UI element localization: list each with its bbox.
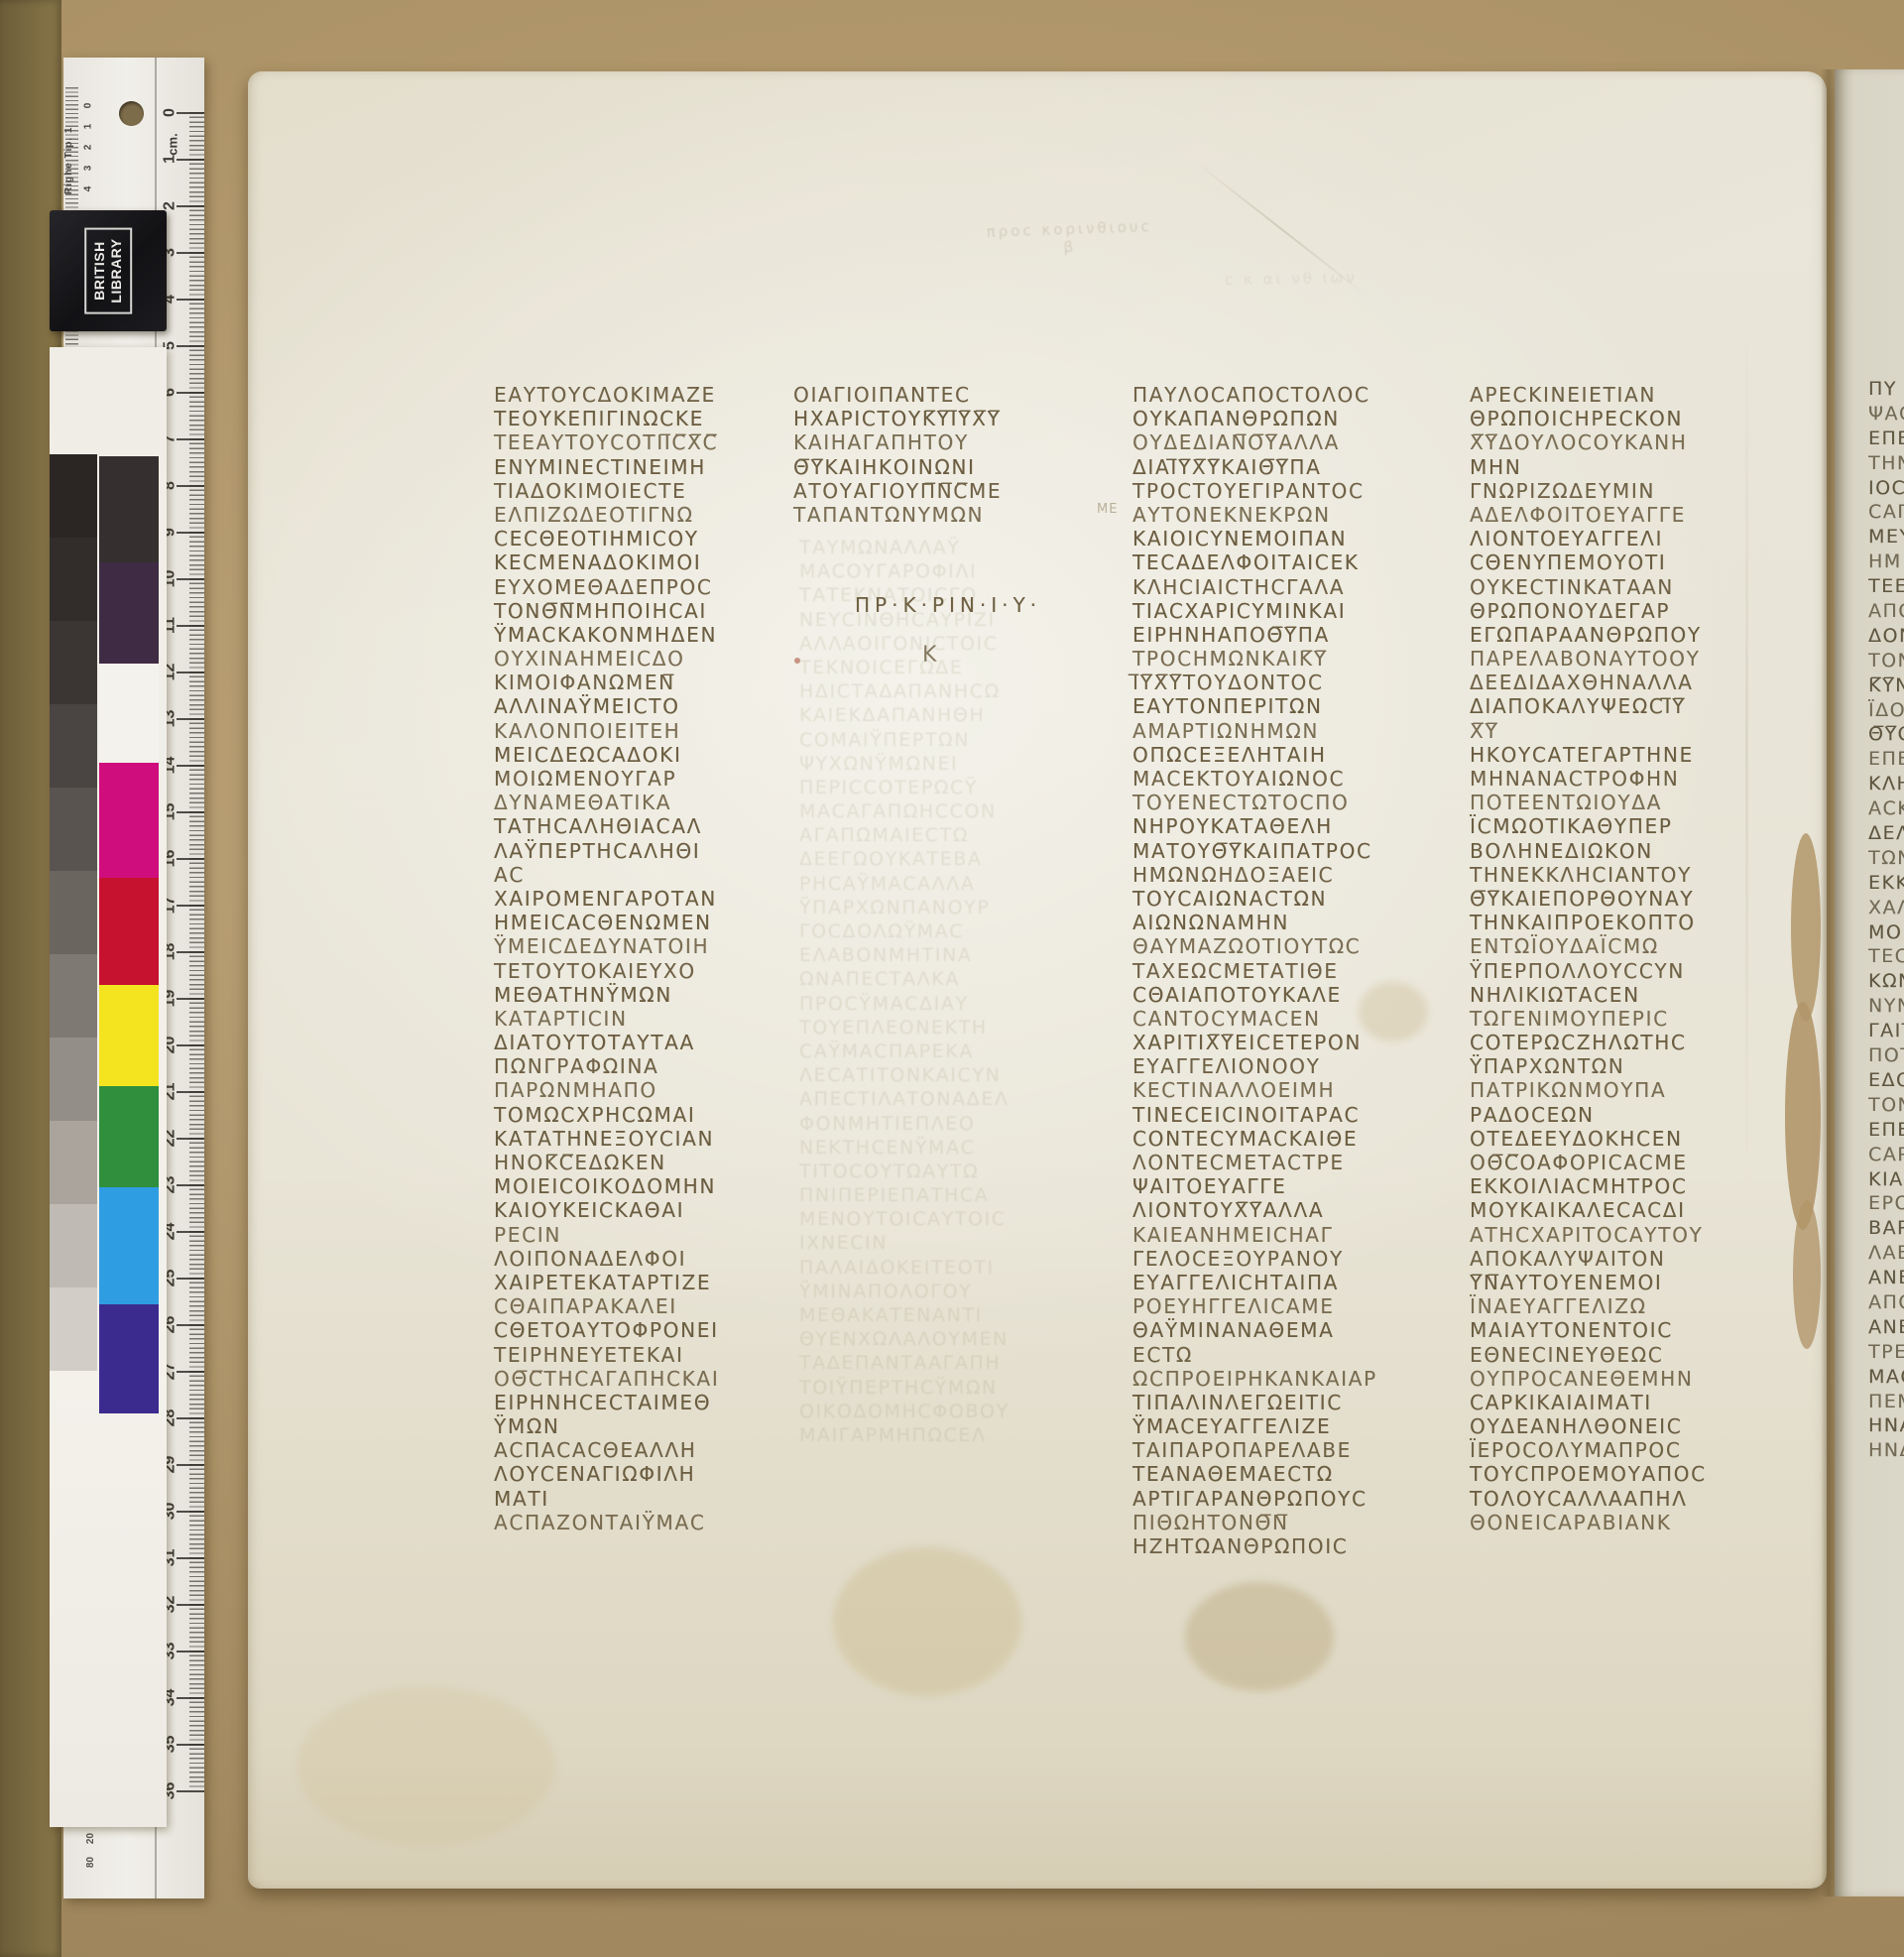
text-line: ΟΥΧΙΝΑΗΜΕΙϹΔΟ bbox=[494, 647, 772, 671]
text-line: ΑϹ bbox=[494, 863, 772, 887]
text-line: ΔΥΝΑΜΕΘΑΤΙΚΑ bbox=[494, 791, 772, 814]
text-line: ΛΙΟΝΤΟΕΥΑΓΓΕΛΙ bbox=[1470, 527, 1747, 550]
manuscript-photo-scene: 0123456789101112131415161718192021222324… bbox=[0, 0, 1904, 1957]
color-patch-column bbox=[99, 456, 159, 1413]
ruler-left-number: 2 bbox=[78, 139, 99, 157]
text-line: ΑϹΠΑϹΑϹΘΕΑΛΛΗ bbox=[494, 1438, 772, 1462]
fragment-line: ΙΟϹ bbox=[1868, 476, 1904, 501]
faint-text-line: ΜΑΙΓΑΡΜΗΠΩϹΕΛ bbox=[799, 1423, 1077, 1447]
text-line: ΑΠΟΚΑΛΥΨΑΙΤΟΝ bbox=[1470, 1247, 1747, 1271]
text-line: ΫΜΕΙϹΔΕΔΥΝΑΤΟΙΗ bbox=[494, 934, 772, 958]
text-line: ΔΙΑΠΟΚΑΛΥΨΕΩϹΙ̅Υ̅ bbox=[1470, 694, 1747, 718]
text-line: ϹΑΡΚΙΚΑΙΑΙΜΑΤΙ bbox=[1470, 1391, 1747, 1414]
fragment-line: ΤΗΝ bbox=[1868, 451, 1904, 476]
fragment-line: ΕΠΕ bbox=[1868, 427, 1904, 451]
gray-step-patch bbox=[50, 954, 97, 1038]
text-line: ΠΑΡΩΝΜΗΑΠΟ bbox=[494, 1078, 772, 1102]
text-line: ΓΝΩΡΙΖΩΔΕΥΜΙΝ bbox=[1470, 479, 1747, 503]
faint-text-line: ΚΑΙΕΚΔΑΠΑΝΗΘΗ bbox=[799, 703, 1077, 727]
text-line: Χ̅Υ̅ΔΟΥΛΟϹΟΥΚΑΝΗ bbox=[1470, 430, 1747, 454]
text-line: ΗΖΗΤΩΑΝΘΡΩΠΟΙϹ bbox=[1132, 1534, 1410, 1558]
text-line: ΤΟΥϹΠΡΟΕΜΟΥΑΠΟϹ bbox=[1470, 1462, 1747, 1486]
text-line: ΚΑΤΑΤΗΝΕΞΟΥϹΙΑΝ bbox=[494, 1127, 772, 1151]
text-line: ϹΘΕΤΟΑΥΤΟΦΡΟΝΕΙ bbox=[494, 1318, 772, 1342]
text-column-4: ΑΡΕϹΚΙΝΕΙΕΤΙΑΝΘΡΩΠΟΙϹΗΡΕϹΚΟΝΧ̅Υ̅ΔΟΥΛΟϹΟΥ… bbox=[1470, 383, 1747, 1534]
ruler-left-number: 3 bbox=[78, 160, 99, 178]
text-line: ΒΟΛΗΝΕΔΙΩΚΟΝ bbox=[1470, 839, 1747, 863]
text-line: ΟΤΕΔΕΕΥΔΟΚΗϹΕΝ bbox=[1470, 1127, 1747, 1151]
text-line: ΤΩΓΕΝΙΜΟΥΠΕΡΙϹ bbox=[1470, 1007, 1747, 1031]
text-line: ΛΟΙΠΟΝΑΔΕΛΦΟΙ bbox=[494, 1247, 772, 1271]
faint-text-line: ΠΑΛΑΙΔΟΚΕΙΤΕΟΤΙ bbox=[799, 1256, 1077, 1280]
text-line: ΛΑΫΠΕΡΤΗϹΑΛΗΘΙ bbox=[494, 839, 772, 863]
text-line: ΜΕΘΑΤΗΝΫΜΩΝ bbox=[494, 983, 772, 1007]
ruler-bottom-code-bottom: 80 bbox=[85, 1857, 96, 1868]
color-patch-aubergine bbox=[99, 562, 159, 664]
fragment-line: ΕΠΕΙΤ bbox=[1868, 1118, 1904, 1143]
text-line: ΠΑΤΡΙΚΩΝΜΟΥΠΑ bbox=[1470, 1078, 1747, 1102]
text-line: ΔΙΑΤΟΥΤΟΤΑΥΤΑΑ bbox=[494, 1031, 772, 1054]
fragment-line: ΑϹΚ bbox=[1868, 796, 1904, 821]
text-line: ΛΙΟΝΤΟΥΧ̅Υ̅ΑΛΛΑ bbox=[1132, 1198, 1410, 1222]
gray-step-patch bbox=[50, 1204, 97, 1287]
text-line: ΫΜΩΝ bbox=[494, 1414, 772, 1438]
faint-text-line: ΝΕΚΤΗϹΕΝΫΜΑϹ bbox=[799, 1136, 1077, 1160]
fragment-line: ΔΟΝ bbox=[1868, 624, 1904, 649]
text-line: ΕΙΡΗΝΗϹΕϹΤΑΙΜΕΘ bbox=[494, 1391, 772, 1414]
gray-scale-column bbox=[50, 454, 97, 1371]
text-line: Ι̅Υ̅Χ̅Υ̅ΤΟΥΔΟΝΤΟϹ bbox=[1132, 671, 1410, 694]
faint-text-line: ΗΔΙϹΤΑΔΑΠΑΝΗϹΩ bbox=[799, 679, 1077, 703]
page-stain bbox=[833, 1547, 1021, 1696]
text-line: ΑΜΑΡΤΙΩΝΗΜΩΝ bbox=[1132, 719, 1410, 743]
text-line: ΪϹΜΩΟΤΙΚΑΘΥΠΕΡ bbox=[1470, 814, 1747, 838]
faint-text-line: ΜΕΝΟΥΤΟΙϹΑΥΤΟΙϹ bbox=[799, 1207, 1077, 1231]
gray-step-patch bbox=[50, 1121, 97, 1204]
british-library-tab: BRITISH LIBRARY bbox=[50, 210, 167, 331]
text-line: ΤΕϹΑΔΕΛΦΟΙΤΑΙϹΕΚ bbox=[1132, 550, 1410, 574]
page-torn-edge bbox=[1793, 1200, 1821, 1349]
fragment-line: ΤΟΝΕ bbox=[1868, 1093, 1904, 1118]
marginal-section-numeral: ΜΕ bbox=[1097, 502, 1118, 517]
fragment-line: ΧΑΛ bbox=[1868, 896, 1904, 920]
page-stain bbox=[297, 1686, 555, 1845]
text-line: ΜΟΙΕΙϹΟΙΚΟΔΟΜΗΝ bbox=[494, 1174, 772, 1198]
faint-text-line: ΨΥΧΩΝΫΜΩΝΕΙ bbox=[799, 752, 1077, 776]
fragment-line: ΠΟΤ bbox=[1868, 1043, 1904, 1068]
bleed-through-faint-lines: ΤΑΥΜΩΝΑΛΛΑΫΜΑϹΟΥΓΑΡΟΦΙΛΙΤΑΤΕΚΝΑΤΟΙϹΓΟΝΕΥ… bbox=[799, 536, 1077, 1447]
text-line: ΤΕΙΡΗΝΕΥΕΤΕΚΑΙ bbox=[494, 1343, 772, 1367]
faint-text-line: ΠΡΟϹΫΜΑϹΔΙΑΥ bbox=[799, 992, 1077, 1016]
text-line: ΑΡΤΙΓΑΡΑΝΘΡΩΠΟΥϹ bbox=[1132, 1487, 1410, 1511]
text-line: ΚΑΙΕΑΝΗΜΕΙϹΗΑΓ bbox=[1132, 1223, 1410, 1247]
faint-text-line: ΤΑΔΕΠΑΝΤΑΑΓΑΠΗ bbox=[799, 1351, 1077, 1375]
text-line: ΚΑΤΑΡΤΙϹΙΝ bbox=[494, 1007, 772, 1031]
faint-text-line: ΩΝΑΠΕϹΤΑΛΚΑ bbox=[799, 967, 1077, 991]
gray-step-patch bbox=[50, 788, 97, 871]
text-line: ΕΑΥΤΟΥϹΔΟΚΙΜΑΖΕ bbox=[494, 383, 772, 407]
fragment-line: ΓΑΙΤ bbox=[1868, 1019, 1904, 1043]
text-line: ΨΑΙΤΟΕΥΑΓΓΕ bbox=[1132, 1174, 1410, 1198]
text-line: ΤΗΝΚΑΙΠΡΟΕΚΟΠΤΟ bbox=[1470, 911, 1747, 934]
text-line: ΤΙΑϹΧΑΡΙϹΥΜΙΝΚΑΙ bbox=[1132, 599, 1410, 623]
text-line: ΕΓΩΠΑΡΑΑΝΘΡΩΠΟΥ bbox=[1470, 623, 1747, 647]
text-line: ΟΙΑΓΙΟΙΠΑΝΤΕϹ bbox=[793, 383, 1071, 407]
faint-text-line: ΫΠΑΡΧΩΝΠΑΝΟΥΡ bbox=[799, 896, 1077, 919]
text-line: ϹΕϹΘΕΟΤΙΗΜΙϹΟΥ bbox=[494, 527, 772, 550]
text-line: ΔΙΑΙ̅Υ̅Χ̅Υ̅ΚΑΙΘ̅Υ̅ΠΑ bbox=[1132, 455, 1410, 479]
gray-step-patch bbox=[50, 454, 97, 538]
faint-inscription-2: ϲ κ αι νθ ιων bbox=[1225, 269, 1358, 289]
fragment-line: ΜΕΥ bbox=[1868, 525, 1904, 550]
gray-step-patch bbox=[50, 538, 97, 621]
fragment-line: ΑΠΟΙϹ bbox=[1868, 1290, 1904, 1315]
fragment-line: ΚΙΑΙΑ bbox=[1868, 1167, 1904, 1192]
faint-text-line: ΘΥΕΝΧΩΛΑΛΟΥΜΕΝ bbox=[799, 1327, 1077, 1351]
text-line: ΗΜΩΝΩΗΔΟΞΑΕΙϹ bbox=[1132, 863, 1410, 887]
text-line: ΛΟΥϹΕΝΑΓΙΩΦΙΛΗ bbox=[494, 1462, 772, 1486]
text-line: ΤΟΥϹΑΙΩΝΑϹΤΩΝ bbox=[1132, 887, 1410, 911]
text-line: ΜΗΝΑΝΑϹΤΡΟΦΗΝ bbox=[1470, 767, 1747, 791]
ruler-cm-number: 0 bbox=[147, 100, 193, 126]
text-line: ΕΛΠΙΖΩΔΕΟΤΙΓΝΩ bbox=[494, 503, 772, 527]
fragment-line: ΜΟ bbox=[1868, 920, 1904, 945]
fragment-line: ΤΕΕ bbox=[1868, 574, 1904, 599]
text-line: ΚΑΙΟΙϹΥΝΕΜΟΙΠΑΝ bbox=[1132, 527, 1410, 550]
text-line: ΟΥΚΕϹΤΙΝΚΑΤΑΑΝ bbox=[1470, 575, 1747, 599]
fragment-line: ΑΝΕΘ bbox=[1868, 1315, 1904, 1340]
subscription-pros-korinthious: ΠΡ·Κ·ΡΙΝ·Ι·Υ· bbox=[855, 593, 1041, 617]
text-line: ΧΑΙΡΟΜΕΝΓΑΡΟΤΑΝ bbox=[494, 887, 772, 911]
text-line: ΜΑΤΟΥΘ̅Υ̅ΚΑΙΠΑΤΡΟϹ bbox=[1132, 839, 1410, 863]
text-line: ΑΥΤΟΝΕΚΝΕΚΡΩΝ bbox=[1132, 503, 1410, 527]
color-patch-yellow bbox=[99, 985, 159, 1086]
fragment-line: ΤΩΝ bbox=[1868, 846, 1904, 871]
text-line: ΚΑΛΟΝΠΟΙΕΙΤΕΗ bbox=[494, 719, 772, 743]
fragment-line: ΚΛΗ bbox=[1868, 772, 1904, 796]
fragment-line: ΕΡΟϹ bbox=[1868, 1191, 1904, 1216]
text-line: ΚΕϹΤΙΝΑΛΛΟΕΙΜΗ bbox=[1132, 1078, 1410, 1102]
text-line: ΫΠΑΡΧΩΝΤΩΝ bbox=[1470, 1054, 1747, 1078]
text-line: ΑΤΟΥΑΓΙΟΥΠ̅Ν̅Ϲ̅ΜΕ bbox=[793, 479, 1071, 503]
text-line: ϹΑΝΤΟϹΥΜΑϹΕΝ bbox=[1132, 1007, 1410, 1031]
color-patch-blue bbox=[99, 1187, 159, 1304]
text-line: ΘΡΩΠΟΝΟΥΔΕΓΑΡ bbox=[1470, 599, 1747, 623]
text-line: ΕϹΤΩ bbox=[1132, 1343, 1410, 1367]
faint-text-line: ΕΛΑΒΟΝΜΗΤΙΝΑ bbox=[799, 943, 1077, 967]
faint-text-line: ΜΑϹΟΥΓΑΡΟΦΙΛΙ bbox=[799, 559, 1077, 583]
text-line: ΜΑϹΕΚΤΟΥΑΙΩΝΟϹ bbox=[1132, 767, 1410, 791]
gray-step-patch bbox=[50, 621, 97, 704]
fragment-line: ΗΝΑΟ bbox=[1868, 1413, 1904, 1438]
text-line: ΟΥΚΑΠΑΝΘΡΩΠΩΝ bbox=[1132, 407, 1410, 430]
ruler-side-label: Righe Tip. 1 bbox=[63, 85, 74, 194]
color-patch-green bbox=[99, 1086, 159, 1187]
brand-line-2: LIBRARY bbox=[108, 238, 124, 303]
faint-text-line: ΤΟΙΫΠΕΡΤΗϹΫΜΩΝ bbox=[799, 1376, 1077, 1400]
gray-step-patch bbox=[50, 1038, 97, 1121]
faint-text-line: ΙΧΝΕϹΙΝ bbox=[799, 1231, 1077, 1255]
fragment-line: ΑΝΕΒ bbox=[1868, 1266, 1904, 1290]
text-line: ΠΩΝΓΡΑΦΩΙΝΑ bbox=[494, 1054, 772, 1078]
color-patch-white bbox=[99, 664, 159, 763]
text-line: ΕΥΧΟΜΕΘΑΔΕΠΡΟϹ bbox=[494, 575, 772, 599]
text-column-3: ΠΑΥΛΟϹΑΠΟϹΤΟΛΟϹΟΥΚΑΠΑΝΘΡΩΠΩΝΟΥΔΕΔΙΑΝ̅Ο̅Υ… bbox=[1132, 383, 1410, 1558]
fragment-line: ϹΑΠ bbox=[1868, 500, 1904, 525]
text-line: ΤΗΝΕΚΚΛΗϹΙΑΝΤΟΥ bbox=[1470, 863, 1747, 887]
text-line: ΤΡΟϹΤΟΥΕΓΙΡΑΝΤΟϹ bbox=[1132, 479, 1410, 503]
ruler-left-number: 1 bbox=[78, 118, 99, 136]
fragment-line: ΝΥΝ bbox=[1868, 994, 1904, 1019]
fragment-line: ΕΚΚ bbox=[1868, 871, 1904, 896]
text-line: ΪΝΑΕΥΑΓΓΕΛΙΖΩ bbox=[1470, 1294, 1747, 1318]
text-line: ΕΘΝΕϹΙΝΕΥΘΕΩϹ bbox=[1470, 1343, 1747, 1367]
faint-text-line: ΤΟΥΕΠΛΕΟΝΕΚΤΗ bbox=[799, 1016, 1077, 1040]
fragment-line: ΔΕΛ bbox=[1868, 821, 1904, 846]
ruler-hang-hole bbox=[119, 101, 144, 126]
text-line: ΔΕΕΔΙΔΑΧΘΗΝΑΛΛΑ bbox=[1470, 671, 1747, 694]
ruler-left-numbers-top: 01234 bbox=[79, 95, 97, 199]
fragment-line: ΤΡΕΧΩ bbox=[1868, 1340, 1904, 1365]
text-line: ΡΑΔΟϹΕΩΝ bbox=[1470, 1103, 1747, 1127]
text-line: ΫΜΑϹΚΑΚΟΝΜΗΔΕΝ bbox=[494, 623, 772, 647]
text-line: ΑΙΩΝΩΝΑΜΗΝ bbox=[1132, 911, 1410, 934]
text-line: ΘΡΩΠΟΙϹΗΡΕϹΚΟΝ bbox=[1470, 407, 1747, 430]
text-line: ϹΘΑΙΑΠΟΤΟΥΚΑΛΕ bbox=[1132, 983, 1410, 1007]
fragment-line: ΤΕϹ bbox=[1868, 944, 1904, 969]
faint-text-line: ΔΕΕΓΩΟΥΚΑΤΕΒΑ bbox=[799, 847, 1077, 871]
fragment-line: ΒΑΡΝΑ bbox=[1868, 1216, 1904, 1241]
text-line: ΑΤΗϹΧΑΡΙΤΟϹΑΥΤΟΥ bbox=[1470, 1223, 1747, 1247]
fragment-line: ΗΝΔΕ bbox=[1868, 1438, 1904, 1463]
text-line: ΑΔΕΛΦΟΙΤΟΕΥΑΓΓΕ bbox=[1470, 503, 1747, 527]
faint-text-line: ΛΕϹΑΤΙΤΟΝΚΑΙϹΥΝ bbox=[799, 1063, 1077, 1087]
text-line: ΟΠΩϹΕΞΕΛΗΤΑΙΗ bbox=[1132, 743, 1410, 767]
text-line: ΤΑΤΗϹΑΛΗΘΙΑϹΑΛ bbox=[494, 814, 772, 838]
text-line: ΫΠΕΡΠΟΛΛΟΥϹϹΥΝ bbox=[1470, 959, 1747, 983]
fragment-line: ΛΑΒΩ bbox=[1868, 1241, 1904, 1266]
text-line: ΠΟΤΕΕΝΤΩΙΟΥΔΑ bbox=[1470, 791, 1747, 814]
faint-text-line: ΑΓΑΠΩΜΑΙΕϹΤΩ bbox=[799, 823, 1077, 847]
color-patch-magenta bbox=[99, 763, 159, 878]
text-line: ΚΙΜΟΙΦΑΝΩΜΕΝ̅ bbox=[494, 671, 772, 694]
next-leaf-text-fragments: ΠΥΨΑϹΕΠΕΤΗΝΙΟϹϹΑΠΜΕΥΗΜΤΕΕΑΠΟΔΟΝΤΟΝΚ̅Υ̅ΝΪ… bbox=[1868, 377, 1904, 1463]
fragment-line: ΕΔΟΞ bbox=[1868, 1068, 1904, 1093]
gray-step-patch bbox=[50, 704, 97, 788]
text-line: ΡΟΕΥΗΓΓΕΛΙϹΑΜΕ bbox=[1132, 1294, 1410, 1318]
fragment-line: ΠΥ bbox=[1868, 377, 1904, 402]
fragment-line: Κ̅Υ̅Ν bbox=[1868, 673, 1904, 698]
text-line: ΤΟΛΟΥϹΑΛΛΑΑΠΗΛ bbox=[1470, 1487, 1747, 1511]
text-line: ΠΙΘΩΗΤΟΝΘ̅Ν̅ bbox=[1132, 1511, 1410, 1534]
faint-text-line: ΫΜΙΝΑΠΟΛΟΓΟΥ bbox=[799, 1280, 1077, 1303]
text-line: ΚΑΙΟΥΚΕΙϹΚΑΘΑΙ bbox=[494, 1198, 772, 1222]
text-line: ΤΟΥΕΝΕϹΤΩΤΟϹΠΟ bbox=[1132, 791, 1410, 814]
text-line: ΜΟΥΚΑΙΚΑΛΕϹΑϹΔΙ bbox=[1470, 1198, 1747, 1222]
text-line: Χ̅Υ̅ bbox=[1470, 719, 1747, 743]
text-line: ΟΥΔΕΔΙΑΝ̅Ο̅Υ̅ΑΛΛΑ bbox=[1132, 430, 1410, 454]
fragment-line: ΗΜ bbox=[1868, 550, 1904, 574]
text-line: ΕΝΤΩΪΟΥΔΑΪϹΜΩ bbox=[1470, 934, 1747, 958]
text-line: ΚΛΗϹΙΑΙϹΤΗϹΓΑΛΑ bbox=[1132, 575, 1410, 599]
faint-text-line: ΤΕΚΝΟΙϹΕΓΩΔΕ bbox=[799, 656, 1077, 679]
ruler-left-number: 0 bbox=[78, 97, 99, 115]
text-line: ΩϹΠΡΟΕΙΡΗΚΑΝΚΑΙΑΡ bbox=[1132, 1367, 1410, 1391]
faint-text-line: ΤΑΥΜΩΝΑΛΛΑΫ bbox=[799, 536, 1077, 559]
text-line: ΘΑΥΜΑΖΩΟΤΙΟΥΤΩϹ bbox=[1132, 934, 1410, 958]
fragment-line: ΚΩΝ bbox=[1868, 969, 1904, 994]
faint-text-line: ΠΝΙΠΕΡΙΕΠΑΤΗϹΑ bbox=[799, 1183, 1077, 1207]
text-line: Θ̅Υ̅ΚΑΙΗΚΟΙΝΩΝΙ bbox=[793, 455, 1071, 479]
text-line: ΕΥΑΓΓΕΛΙϹΗΤΑΙΠΑ bbox=[1132, 1271, 1410, 1294]
text-line: ΜΑΙΑΥΤΟΝΕΝΤΟΙϹ bbox=[1470, 1318, 1747, 1342]
text-line: ΜΟΙΩΜΕΝΟΥΓΑΡ bbox=[494, 767, 772, 791]
page-torn-edge bbox=[1785, 1002, 1821, 1230]
text-line: ΤΕΟΥΚΕΠΙΓΙΝΩϹΚΕ bbox=[494, 407, 772, 430]
text-line: ΟΥΔΕΑΝΗΛΘΟΝΕΙϹ bbox=[1470, 1414, 1747, 1438]
fragment-line: ΜΑΟΥ bbox=[1868, 1365, 1904, 1390]
text-line: ΗΚΟΥϹΑΤΕΓΑΡΤΗΝΕ bbox=[1470, 743, 1747, 767]
text-line: ΤΑΙΠΑΡΟΠΑΡΕΛΑΒΕ bbox=[1132, 1438, 1410, 1462]
text-column-2: ΟΙΑΓΙΟΙΠΑΝΤΕϹΗΧΑΡΙϹΤΟΥΚ̅Υ̅Ι̅Υ̅Χ̅Υ̅ΚΑΙΗΑΓ… bbox=[793, 383, 1071, 527]
text-line: ΑΡΕϹΚΙΝΕΙΕΤΙΑΝ bbox=[1470, 383, 1747, 407]
faint-text-line: ΑΛΛΑΟΙΓΟΝΙϹΤΟΙϹ bbox=[799, 632, 1077, 656]
page-torn-edge bbox=[1791, 833, 1821, 1022]
text-line: ΓΕΛΟϹΕΞΟΥΡΑΝΟΥ bbox=[1132, 1247, 1410, 1271]
color-patch-indigo bbox=[99, 1304, 159, 1413]
text-line: ΑΛΛΙΝΑΫΜΕΙϹΤΟ bbox=[494, 694, 772, 718]
fragment-line: ΕΠΕ bbox=[1868, 747, 1904, 772]
text-line: ΤΑΧΕΩϹΜΕΤΑΤΙΘΕ bbox=[1132, 959, 1410, 983]
text-line: ΗΜΕΙϹΑϹΘΕΝΩΜΕΝ bbox=[494, 911, 772, 934]
text-line: ϹΘΕΝΥΠΕΜΟΥΟΤΙ bbox=[1470, 550, 1747, 574]
text-line: ΚΕϹΜΕΝΑΔΟΚΙΜΟΙ bbox=[494, 550, 772, 574]
fragment-line: ΑΠΟ bbox=[1868, 599, 1904, 624]
text-line: ΤΑΠΑΝΤΩΝΥΜΩΝ bbox=[793, 503, 1071, 527]
text-line: ΤΕΑΝΑΘΕΜΑΕϹΤΩ bbox=[1132, 1462, 1410, 1486]
text-line: ΘΑΫΜΙΝΑΝΑΘΕΜΑ bbox=[1132, 1318, 1410, 1342]
text-line: ΠΑΥΛΟϹΑΠΟϹΤΟΛΟϹ bbox=[1132, 383, 1410, 407]
ruler-left-number: 4 bbox=[78, 181, 99, 198]
gray-step-patch bbox=[50, 871, 97, 954]
text-line: ΟΘ̅Ϲ̅ΟΑΦΟΡΙϹΑϹΜΕ bbox=[1470, 1151, 1747, 1174]
faint-text-line: ΠΕΡΙϹϹΟΤΕΡΩϹΫ bbox=[799, 776, 1077, 799]
text-line: ΤΕΤΟΥΤΟΚΑΙΕΥΧΟ bbox=[494, 959, 772, 983]
color-patch-red bbox=[99, 878, 159, 985]
text-line: ΝΗΛΙΚΙΩΤΑϹΕΝ bbox=[1470, 983, 1747, 1007]
text-line: ΤΟΝΘ̅Ν̅ΜΗΠΟΙΗϹΑΙ bbox=[494, 599, 772, 623]
text-line: ΠΑΡΕΛΑΒΟΝΑΥΤΟΟΥ bbox=[1470, 647, 1747, 671]
faint-text-line: ϹΑΫΜΑϹΠΑΡΕΚΑ bbox=[799, 1040, 1077, 1063]
text-line: ΫΜΑϹΕΥΑΓΓΕΛΙΖΕ bbox=[1132, 1414, 1410, 1438]
text-line: ΤΙΑΔΟΚΙΜΟΙΕϹΤΕ bbox=[494, 479, 772, 503]
faint-text-line: ΡΗϹΑΫΜΑϹΑΛΛΑ bbox=[799, 872, 1077, 896]
text-line: Υ̅Ν̅ΑΥΤΟΥΕΝΕΜΟΙ bbox=[1470, 1271, 1747, 1294]
text-line: ΗΝΟΚ̅Ϲ̅ΕΔΩΚΕΝ bbox=[494, 1151, 772, 1174]
text-line: ΕΙΡΗΝΗΑΠΟΘ̅Υ̅ΠΑ bbox=[1132, 623, 1410, 647]
text-line: ΗΧΑΡΙϹΤΟΥΚ̅Υ̅Ι̅Υ̅Χ̅Υ̅ bbox=[793, 407, 1071, 430]
faint-text-line: ΦΟΝΜΗΤΙΕΠΛΕΟ bbox=[799, 1112, 1077, 1136]
color-patch-charcoal bbox=[99, 456, 159, 562]
fragment-line: ΤΟΝ bbox=[1868, 649, 1904, 673]
text-line: ΤΙΝΕϹΕΙϹΙΝΟΙΤΑΡΑϹ bbox=[1132, 1103, 1410, 1127]
brand-line-1: BRITISH bbox=[91, 241, 107, 301]
text-line: ΟΘ̅Ϲ̅ΤΗϹΑΓΑΠΗϹΚΑΙ bbox=[494, 1367, 772, 1391]
fragment-line: ΪΔΟΥ bbox=[1868, 698, 1904, 723]
faint-text-line: ΓΟϹΔΟΛΩΫΜΑϹ bbox=[799, 919, 1077, 943]
text-line: ϹΟΝΤΕϹΥΜΑϹΚΑΙΘΕ bbox=[1132, 1127, 1410, 1151]
text-line: ΛΟΝΤΕϹΜΕΤΑϹΤΡΕ bbox=[1132, 1151, 1410, 1174]
text-line: ΧΑΙΡΕΤΕΚΑΤΑΡΤΙΖΕ bbox=[494, 1271, 772, 1294]
gray-step-patch bbox=[50, 1287, 97, 1371]
text-line: ΡΕϹΙΝ bbox=[494, 1223, 772, 1247]
page-stain bbox=[1185, 1582, 1334, 1691]
ruler-bottom-code-top: 20 bbox=[85, 1833, 96, 1844]
text-line: ϹΟΤΕΡΩϹΖΗΛΩΤΗϹ bbox=[1470, 1031, 1747, 1054]
text-line: ΚΑΙΗΑΓΑΠΗΤΟΥ bbox=[793, 430, 1071, 454]
fragment-line: ΠΕΜΟ bbox=[1868, 1390, 1904, 1414]
text-line: ΪΕΡΟϹΟΛΥΜΑΠΡΟϹ bbox=[1470, 1438, 1747, 1462]
text-line: ΝΗΡΟΥΚΑΤΑΘΕΛΗ bbox=[1132, 814, 1410, 838]
faint-text-line: ΜΑϹΑΓΑΠΩΗϹϹΟΝ bbox=[799, 799, 1077, 823]
text-line: ΧΑΡΙΤΙΧ̅Υ̅ΕΙϹΕΤΕΡΟΝ bbox=[1132, 1031, 1410, 1054]
text-line: ΕΑΥΤΟΝΠΕΡΙΤΩΝ bbox=[1132, 694, 1410, 718]
faint-inscription-1: προϲ κορινθιουϲ β bbox=[986, 217, 1152, 259]
text-line: ΤΡΟϹΗΜΩΝΚΑΙΚ̅Υ̅ bbox=[1132, 647, 1410, 671]
fragment-line: ϹΑΡΩ bbox=[1868, 1143, 1904, 1167]
text-line: Θ̅Υ̅ΚΑΙΕΠΟΡΘΟΥΝΑΥ bbox=[1470, 887, 1747, 911]
faint-text-line: ΤΙΤΟϹΟΥΤΩΑΥΤΩ bbox=[799, 1160, 1077, 1183]
text-line: ΜΕΙϹΔΕΩϹΑΔΟΚΙ bbox=[494, 743, 772, 767]
text-line: ϹΘΑΙΠΑΡΑΚΑΛΕΙ bbox=[494, 1294, 772, 1318]
text-line: ΤΟΜΩϹΧΡΗϹΩΜΑΙ bbox=[494, 1103, 772, 1127]
ruler-unit-label: cm. bbox=[166, 133, 180, 155]
text-line: ΤΙΠΑΛΙΝΛΕΓΩΕΙΤΙϹ bbox=[1132, 1391, 1410, 1414]
text-line: ΕΥΑΓΓΕΛΙΟΝΟΟΥ bbox=[1132, 1054, 1410, 1078]
british-library-label: BRITISH LIBRARY bbox=[84, 227, 132, 313]
text-line: ΑϹΠΑΖΟΝΤΑΙΫΜΑϹ bbox=[494, 1511, 772, 1534]
text-line: ΕΝΥΜΙΝΕϹΤΙΝΕΙΜΗ bbox=[494, 455, 772, 479]
faint-text-line: ΑΠΕϹΤΙΛΑΤΟΝΑΔΕΛ bbox=[799, 1087, 1077, 1111]
text-column-1: ΕΑΥΤΟΥϹΔΟΚΙΜΑΖΕΤΕΟΥΚΕΠΙΓΙΝΩϹΚΕΤΕΕΑΥΤΟΥϹΟ… bbox=[494, 383, 772, 1534]
faint-text-line: ΟΙΚΟΔΟΜΗϹΦΟΒΟΥ bbox=[799, 1400, 1077, 1423]
fragment-line: Θ̅Υ̅Ο bbox=[1868, 722, 1904, 747]
text-line: ΜΑΤΙ bbox=[494, 1487, 772, 1511]
faint-text-line: ΜΕΘΑΚΑΤΕΝΑΝΤΙ bbox=[799, 1303, 1077, 1327]
text-line: ΜΗΝ bbox=[1470, 455, 1747, 479]
text-line: ΤΕΕΑΥΤΟΥϹΟΤΙΙ̅Ϲ̅Χ̅Ϲ̅ bbox=[494, 430, 772, 454]
quire-mark: Κ bbox=[922, 643, 936, 668]
text-line: ΘΟΝΕΙϹΑΡΑΒΙΑΝΚ bbox=[1470, 1511, 1747, 1534]
fragment-line: ΨΑϹ bbox=[1868, 402, 1904, 427]
text-line: ΟΥΠΡΟϹΑΝΕΘΕΜΗΝ bbox=[1470, 1367, 1747, 1391]
faint-text-line: ϹΟΜΑΙΫΠΕΡΤΩΝ bbox=[799, 728, 1077, 752]
text-line: ΕΚΚΟΙΛΙΑϹΜΗΤΡΟϹ bbox=[1470, 1174, 1747, 1198]
